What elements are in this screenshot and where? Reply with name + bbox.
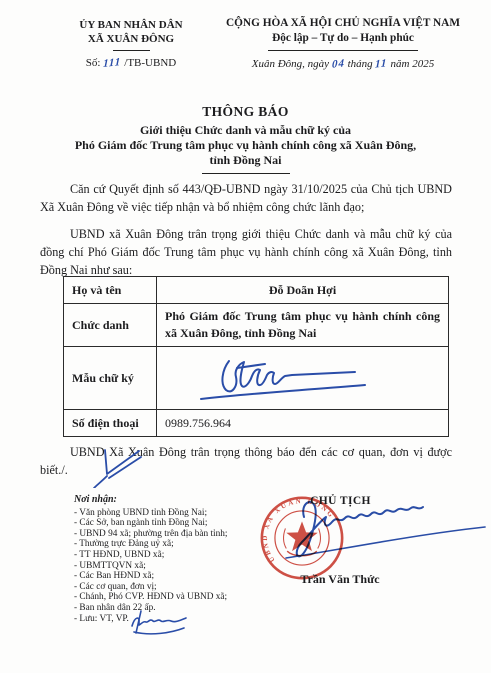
recipient-item: - UBND 94 xã; phường trên địa bàn tỉnh; [74,529,274,540]
row-label-signature: Mẫu chữ ký [64,347,157,410]
paragraph-introduction: UBND xã Xuân Đông trân trọng giới thiệu … [40,225,452,280]
recipients-block: Nơi nhận: - Văn phòng UBND tỉnh Đồng Nai… [74,495,274,624]
document-number: Số: 111 /TB-UBND [46,57,216,69]
recipient-item: - Thường trực Đảng uỷ xã; [74,539,274,550]
recipient-item: - TT HĐND, UBND xã; [74,550,274,561]
signature-sample-icon [193,353,413,403]
paragraph-legal-basis: Căn cứ Quyết định số 443/QĐ-UBND ngày 31… [40,180,452,217]
signer-name: Trần Văn Thức [262,572,418,587]
row-value-name: Đỗ Doãn Hợi [157,277,449,304]
doc-number-prefix: Số: [86,57,101,69]
document-page: ỦY BAN NHÂN DÂN XÃ XUÂN ĐÔNG Số: 111 /TB… [0,0,491,673]
recipient-item: - Các cơ quan, đơn vị; [74,582,274,593]
table-row-phone: Số điện thoại 0989.756.964 [64,410,449,437]
doc-number-handwritten: 111 [103,56,122,70]
date-mid: tháng [348,58,373,70]
date-day-handwritten: 04 [332,57,345,70]
date-prefix: Xuân Đông, ngày [252,58,329,70]
motto-underline [268,50,418,51]
row-value-phone: 0989.756.964 [157,410,449,437]
date-month-handwritten: 11 [375,57,388,70]
recipients-heading: Nơi nhận: [74,495,274,506]
recipient-item: - Chánh, Phó CVP. HĐND và UBND xã; [74,592,274,603]
recipient-item: - Các Sở, ban ngành tỉnh Đồng Nai; [74,518,274,529]
title-subline-1: Giới thiệu Chức danh và mẫu chữ ký của [0,123,491,138]
document-title-block: THÔNG BÁO Giới thiệu Chức danh và mẫu ch… [0,104,491,174]
national-line1: CỘNG HÒA XÃ HỘI CHỦ NGHĨA VIỆT NAM [212,16,474,31]
place-date-line: Xuân Đông, ngày 04 tháng 11 năm 2025 [212,58,474,70]
recipient-item: - Các Ban HĐND xã; [74,571,274,582]
signer-title: CHỦ TỊCH [268,495,413,507]
table-row-signature-sample: Mẫu chữ ký [64,347,449,410]
org-name-line1: ỦY BAN NHÂN DÂN [46,18,216,32]
clerk-initials-scribble-icon [126,608,188,636]
row-label-name: Họ và tên [64,277,157,304]
officer-info-table: Họ và tên Đỗ Doãn Hợi Chức danh Phó Giám… [63,276,449,437]
row-value-position: Phó Giám đốc Trung tâm phục vụ hành chín… [157,304,449,347]
title-underline [202,173,290,174]
row-value-signature [157,347,449,410]
table-row-position: Chức danh Phó Giám đốc Trung tâm phục vụ… [64,304,449,347]
national-line2: Độc lập – Tự do – Hạnh phúc [212,31,474,46]
national-motto-block: CỘNG HÒA XÃ HỘI CHỦ NGHĨA VIỆT NAM Độc l… [212,16,474,51]
date-suffix: năm 2025 [391,58,435,70]
row-label-position: Chức danh [64,304,157,347]
body-paragraphs: Căn cứ Quyết định số 443/QĐ-UBND ngày 31… [40,180,452,287]
approval-flourish-icon [92,446,150,488]
org-underline [113,50,150,51]
title-subline-2: Phó Giám đốc Trung tâm phục vụ hành chín… [0,138,491,153]
title-subline-3: tỉnh Đồng Nai [0,153,491,168]
org-name-line2: XÃ XUÂN ĐÔNG [46,32,216,46]
table-row-name: Họ và tên Đỗ Doãn Hợi [64,277,449,304]
issuing-org-block: ỦY BAN NHÂN DÂN XÃ XUÂN ĐÔNG [46,18,216,51]
recipient-item: - UBMTTQVN xã; [74,561,274,572]
row-label-phone: Số điện thoại [64,410,157,437]
document-title: THÔNG BÁO [0,104,491,120]
recipient-item: - Văn phòng UBND tỉnh Đồng Nai; [74,508,274,519]
doc-number-suffix: /TB-UBND [124,57,176,69]
